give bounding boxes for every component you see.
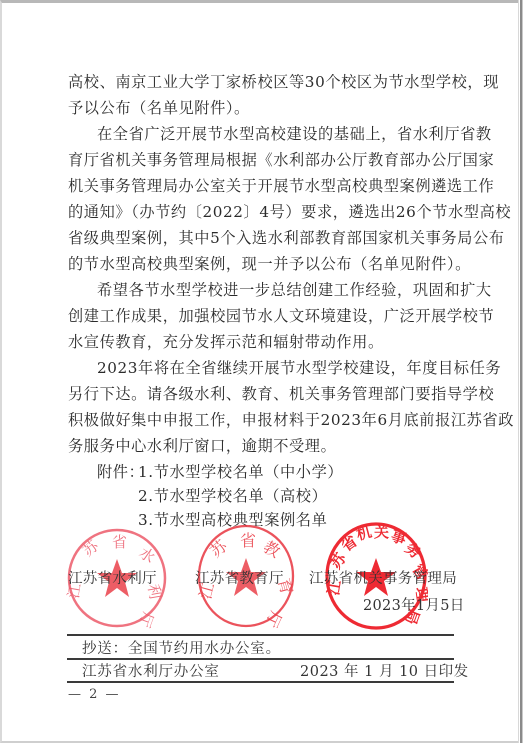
divider-bottom (67, 681, 454, 683)
svg-text:省: 省 (112, 533, 127, 551)
paragraph-line: 机关事务管理局办公室关于开展节水型高校典型案例遴选工作 (68, 176, 454, 196)
issuer: 江苏省水利厅办公室 (82, 663, 220, 681)
paragraph-line: 希望各节水型学校进一步总结创建工作经验，巩固和扩大 (97, 280, 454, 300)
paragraph-line: 育厅省机关事务管理局根据《水利部办公厅教育部办公厅国家 (68, 150, 454, 170)
paragraph-line: 2023年将在全省继续开展节水型学校建设，年度目标任务 (97, 358, 454, 378)
paragraph-line: 水宣传教育，充分发挥示范和辐射带动作用。 (68, 332, 384, 352)
paragraph-line: 务服务中心水利厅窗口，逾期不受理。 (68, 436, 336, 456)
paragraph-line: 在全省广泛开展节水型高校建设的基础上，省水利厅省教 (97, 124, 454, 144)
paragraph-line: 另行下达。请各级水利、教育、机关事务管理部门要指导学校 (68, 384, 454, 404)
paragraph-line: 的节水型高校典型案例，现一并予以公布（名单见附件）。 (68, 254, 471, 274)
signature-government-affairs: 江苏省机关事务管理局 (309, 570, 457, 588)
issue-date: 2023 年 1 月 10 日印发 (300, 663, 469, 681)
divider-top (67, 634, 454, 636)
svg-text:省: 省 (240, 531, 256, 550)
paragraph-line: 予以公布（名单见附件）。 (68, 98, 250, 118)
page-edge (518, 0, 523, 743)
svg-text:事: 事 (389, 527, 409, 549)
paragraph-line: 积极做好集中申报工作，申报材料于2023年6月底前报江苏省政 (68, 410, 454, 430)
paragraph-line: 高校、南京工业大学丁家桥校区等30个校区为节水型学校，现 (68, 72, 454, 92)
sign-date: 2023年1月5日 (363, 597, 465, 615)
svg-text:苏: 苏 (206, 536, 231, 561)
attachment-item: 1.节水型学校名单（中小学） (138, 462, 343, 482)
svg-text:关: 关 (374, 523, 389, 541)
signature-education: 江苏省教育厅 (195, 570, 284, 588)
cc-line: 抄送：全国节约用水办公室。 (82, 640, 281, 658)
divider-middle (67, 658, 454, 660)
page-number: — 2 — (68, 687, 121, 702)
paragraph-line: 的通知》（办节约〔2022〕4号）要求，遴选出26个节水型高校 (68, 202, 454, 222)
svg-text:苏: 苏 (79, 536, 103, 560)
paragraph-line: 创建工作成果，加强校园节水人文环境建设，广泛开展学校节 (68, 306, 454, 326)
signature-water-resources: 江苏省水利厅 (68, 570, 157, 588)
paragraph-line: 省级典型案例，其中5个入选水利部教育部国家机关事务局公布 (68, 228, 454, 248)
svg-text:厅: 厅 (135, 610, 157, 629)
attachment-item: 2.节水型学校名单（高校） (138, 486, 327, 506)
svg-text:厅: 厅 (262, 608, 286, 628)
